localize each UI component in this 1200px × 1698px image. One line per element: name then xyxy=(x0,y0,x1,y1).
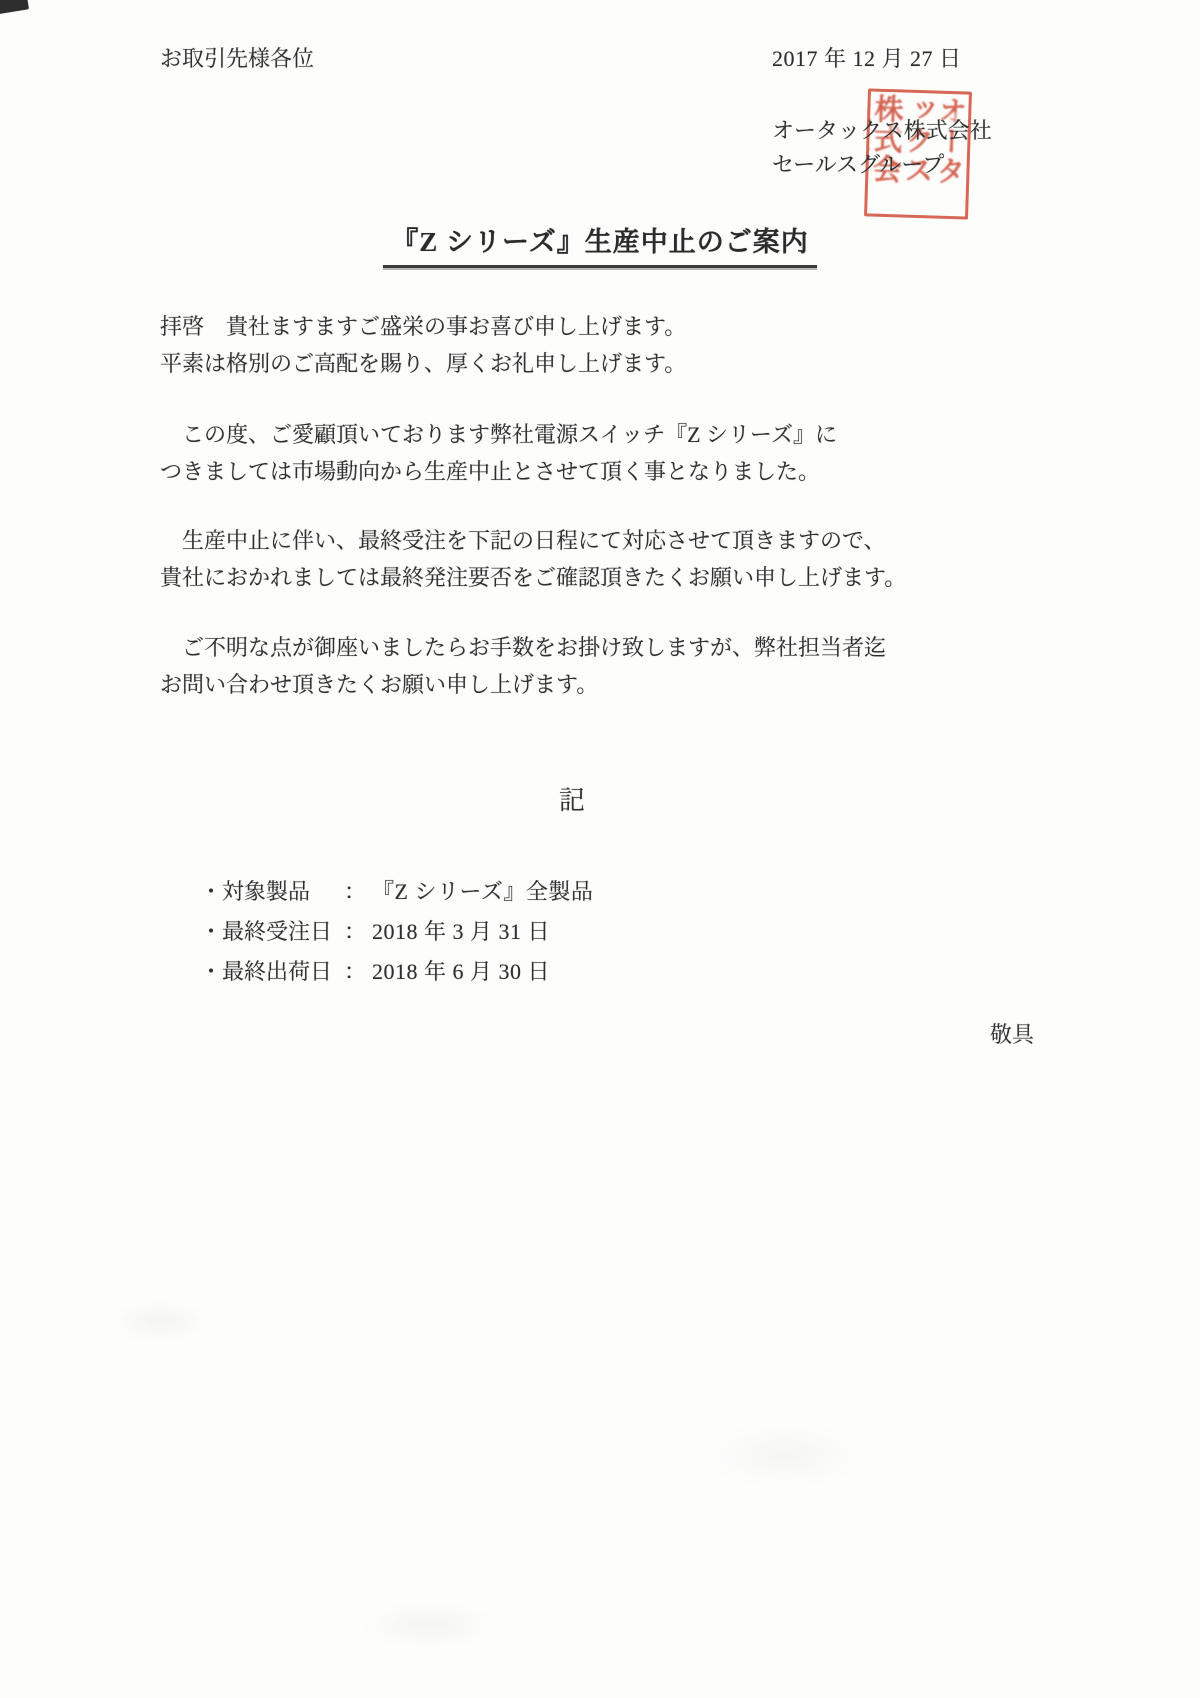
paragraph-announcement: この度、ご愛顧頂いております弊社電源スイッチ『Z シリーズ』に つきましては市場… xyxy=(160,416,940,490)
detail-value: 2018 年 3 月 31 日 xyxy=(372,912,550,952)
recipient-line: お取引先様各位 xyxy=(160,40,314,77)
detail-colon: ： xyxy=(338,912,372,952)
paragraph-contact: ご不明な点が御座いましたらお手数をお掛け致しますが、弊社担当者迄 お問い合わせ頂… xyxy=(160,629,940,703)
record-marker: 記 xyxy=(0,780,1144,817)
detail-label: 最終出荷日 xyxy=(222,952,338,992)
title-row: 『Z シリーズ』生産中止のご案内 xyxy=(0,220,1200,268)
bullet-mark: ・ xyxy=(200,912,222,952)
sender-company-name: オータックス株式会社 xyxy=(772,112,992,149)
scan-smudge xyxy=(360,1600,500,1650)
detail-row-target-products: ・ 対象製品 ： 『Z シリーズ』全製品 xyxy=(200,872,593,912)
detail-colon: ： xyxy=(338,872,372,912)
paragraph-line: ご不明な点が御座いましたらお手数をお掛け致しますが、弊社担当者迄 xyxy=(160,629,940,666)
detail-value: 『Z シリーズ』全製品 xyxy=(372,872,593,912)
paragraph-line: 生産中止に伴い、最終受注を下記の日程にて対応させて頂きますので、 xyxy=(160,522,940,559)
detail-list: ・ 対象製品 ： 『Z シリーズ』全製品 ・ 最終受注日 ： 2018 年 3 … xyxy=(200,872,593,992)
scan-smudge xyxy=(700,1420,870,1490)
paragraph-line: 平素は格別のご高配を賜り、厚くお礼申し上げます。 xyxy=(160,345,940,382)
date-line: 2017 年 12 月 27 日 xyxy=(772,40,962,77)
paragraph-line: 貴社におかれましては最終発注要否をご確認頂きたくお願い申し上げます。 xyxy=(160,559,940,596)
page-title: 『Z シリーズ』生産中止のご案内 xyxy=(383,220,816,268)
paragraph-line: お問い合わせ頂きたくお願い申し上げます。 xyxy=(160,666,940,703)
detail-row-final-ship-date: ・ 最終出荷日 ： 2018 年 6 月 30 日 xyxy=(200,952,593,992)
scanned-letter-page: お取引先様各位 2017 年 12 月 27 日 オータックス株式会社 セールス… xyxy=(0,0,1200,1698)
detail-label: 対象製品 xyxy=(222,872,338,912)
paragraph-line: 拝啓 貴社ますますご盛栄の事お喜び申し上げます。 xyxy=(160,308,940,345)
detail-row-final-order-date: ・ 最終受注日 ： 2018 年 3 月 31 日 xyxy=(200,912,593,952)
paragraph-line: この度、ご愛顧頂いております弊社電源スイッチ『Z シリーズ』に xyxy=(160,416,940,453)
scan-smudge xyxy=(110,1300,210,1344)
bullet-mark: ・ xyxy=(200,872,222,912)
paragraph-final-order: 生産中止に伴い、最終受注を下記の日程にて対応させて頂きますので、 貴社におかれま… xyxy=(160,522,940,596)
paragraph-line: つきましては市場動向から生産中止とさせて頂く事となりました。 xyxy=(160,453,940,490)
scan-corner-artifact xyxy=(0,0,29,15)
closing-word: 敬具 xyxy=(990,1016,1034,1053)
detail-value: 2018 年 6 月 30 日 xyxy=(372,952,550,992)
detail-colon: ： xyxy=(338,952,372,992)
detail-label: 最終受注日 xyxy=(222,912,338,952)
bullet-mark: ・ xyxy=(200,952,222,992)
paragraph-greeting: 拝啓 貴社ますますご盛栄の事お喜び申し上げます。 平素は格別のご高配を賜り、厚く… xyxy=(160,308,940,382)
sender-department-name: セールスグループ xyxy=(772,146,944,183)
